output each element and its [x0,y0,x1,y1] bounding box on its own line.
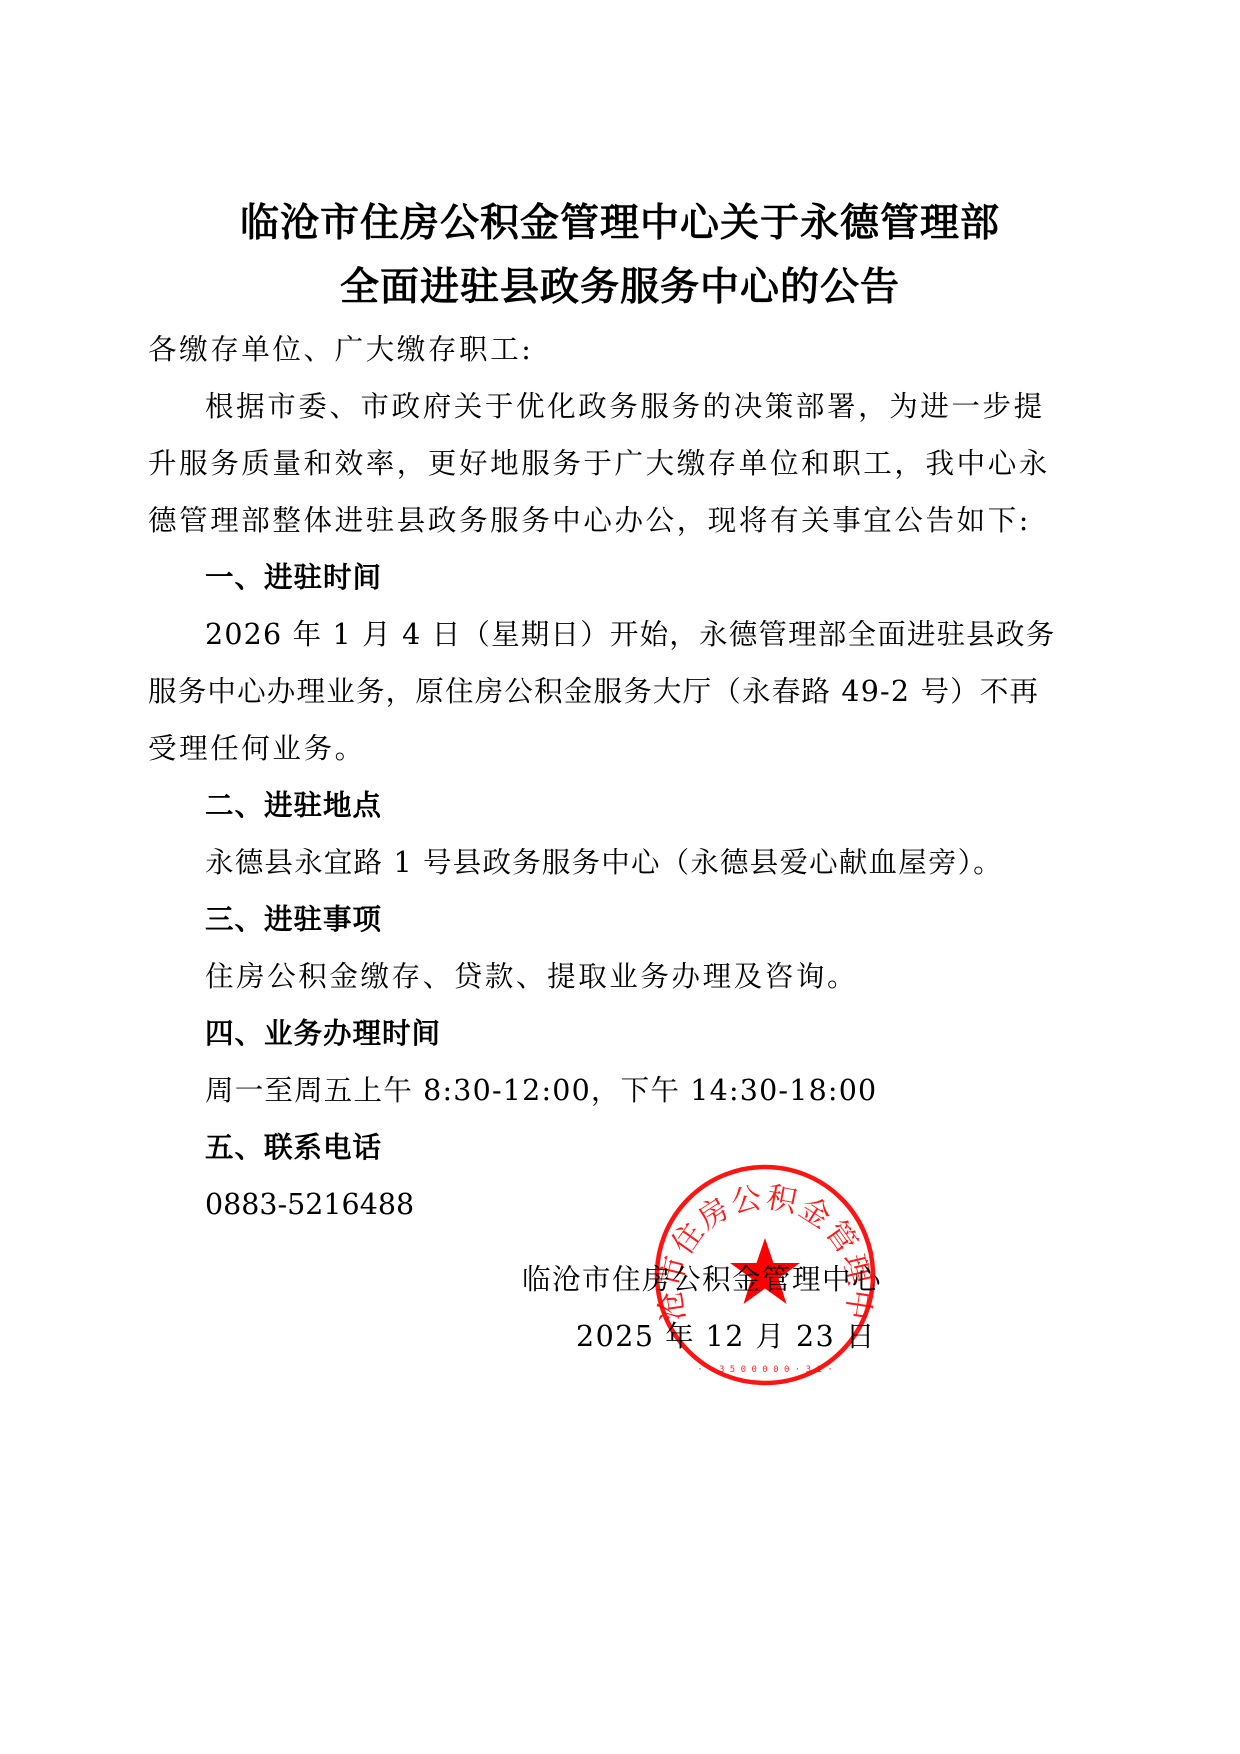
section-line: 受理任何业务。 [148,735,366,764]
svg-text:· · 3 5 0 0 0 0 0 · 3 1 ·: · · 3 5 0 0 0 0 0 · 3 1 · [697,1365,832,1375]
seal-arc-text: 临沧市住房公积金管理中心 [650,1160,877,1324]
section-line: 住房公积金缴存、贷款、提取业务办理及咨询。 [205,963,858,992]
section-heading-hours: 四、业务办理时间 [205,1020,441,1049]
salutation: 各缴存单位、广大缴存职工: [148,336,533,365]
document-page: 临沧市住房公积金管理中心关于永德管理部 全面进驻县政务服务中心的公告 各缴存单位… [0,0,1240,1754]
section-heading-phone: 五、联系电话 [205,1134,382,1163]
section-heading-time: 一、进驻时间 [205,564,382,593]
document-title-line-2: 全面进驻县政务服务中心的公告 [0,268,1240,307]
document-title-line-1: 临沧市住房公积金管理中心关于永德管理部 [0,204,1240,243]
phone-number: 0883-5216488 [205,1191,414,1220]
section-heading-location: 二、进驻地点 [205,792,382,821]
section-line: 周一至周五上午 8:30-12:00，下午 14:30-18:00 [205,1077,877,1106]
section-heading-services: 三、进驻事项 [205,906,382,935]
svg-text:临沧市住房公积金管理中心: 临沧市住房公积金管理中心 [650,1160,877,1324]
section-line: 永德县永宜路 1 号县政务服务中心（永德县爱心献血屋旁）。 [205,849,1003,878]
intro-line: 德管理部整体进驻县政务服务中心办公，现将有关事宜公告如下: [148,507,1031,536]
section-line: 服务中心办理业务，原住房公积金服务大厅（永春路 49-2 号）不再 [148,678,1039,707]
signature-organization: 临沧市住房公积金管理中心 [522,1266,882,1295]
intro-line: 根据市委、市政府关于优化政务服务的决策部署，为进一步提 [205,393,1045,422]
signature-date: 2025 年 12 月 23 日 [576,1323,876,1352]
section-line: 2026 年 1 月 4 日（星期日）开始，永德管理部全面进驻县政务 [205,621,1055,650]
intro-line: 升服务质量和效率，更好地服务于广大缴存单位和职工，我中心永 [148,450,1050,479]
